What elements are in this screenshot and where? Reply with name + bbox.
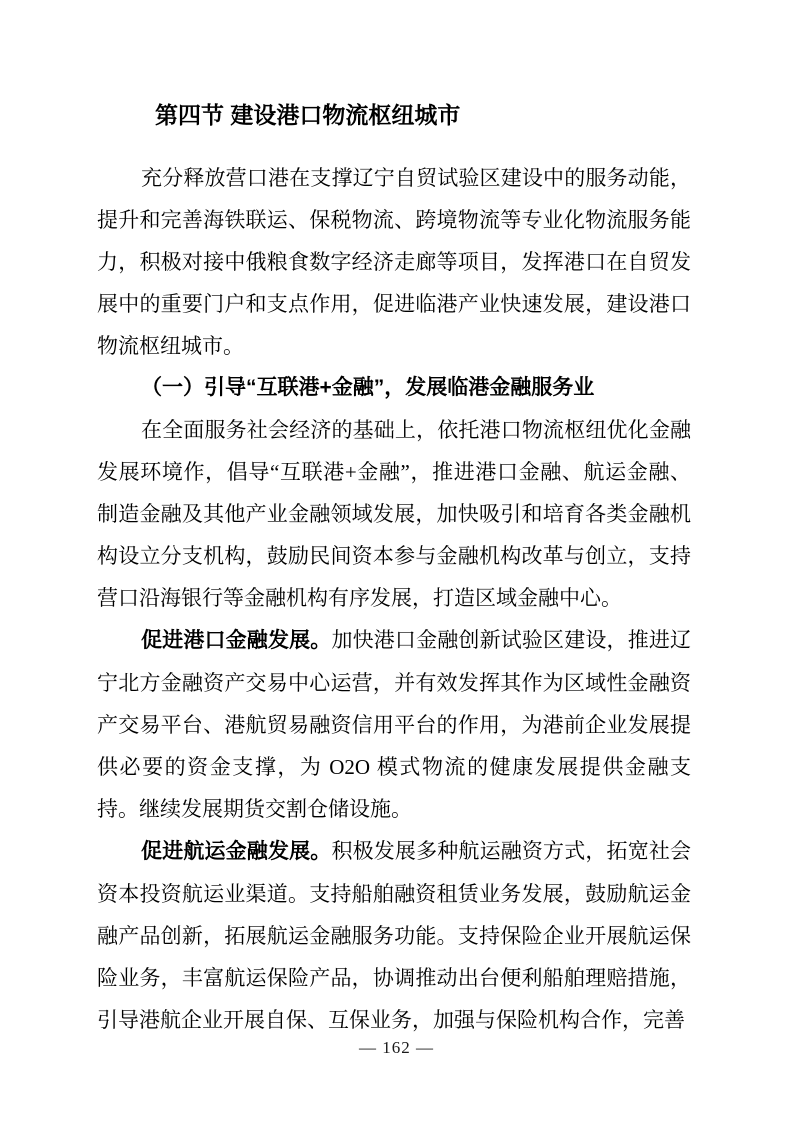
paragraph-bold-lead: 促进航运金融发展。 <box>141 840 331 863</box>
intro-paragraph: 充分释放营口港在支撑辽宁自贸试验区建设中的服务动能，提升和完善海铁联运、保税物流… <box>97 157 691 367</box>
paragraph-bold-lead: 促进港口金融发展。 <box>141 629 331 652</box>
paragraph-port-finance: 促进港口金融发展。加快港口金融创新试验区建设，推进辽宁北方金融资产交易中心运营，… <box>97 619 691 830</box>
page-content: 第四节 建设港口物流枢纽城市 充分释放营口港在支撑辽宁自贸试验区建设中的服务动能… <box>97 101 691 1041</box>
page-number: — 162 — <box>359 1038 434 1057</box>
document-page: 第四节 建设港口物流枢纽城市 充分释放营口港在支撑辽宁自贸试验区建设中的服务动能… <box>0 0 793 1122</box>
paragraph-text: 加快港口金融创新试验区建设，推进辽宁北方金融资产交易中心运营，并有效发挥其作为区… <box>97 628 691 821</box>
section-title: 第四节 建设港口物流枢纽城市 <box>97 101 691 129</box>
paragraph-text: 积极发展多种航运融资方式，拓宽社会资本投资航运业渠道。支持船舶融资租赁业务发展，… <box>97 839 691 1032</box>
subsection-title: （一）引导“互联港+金融”，发展临港金融服务业 <box>97 367 691 409</box>
paragraph-shipping-finance: 促进航运金融发展。积极发展多种航运融资方式，拓宽社会资本投资航运业渠道。支持船舶… <box>97 830 691 1041</box>
subsection-intro-paragraph: 在全面服务社会经济的基础上，依托港口物流枢纽优化金融发展环境作，倡导“互联港+金… <box>97 409 691 619</box>
page-footer: — 162 — <box>0 1038 793 1058</box>
